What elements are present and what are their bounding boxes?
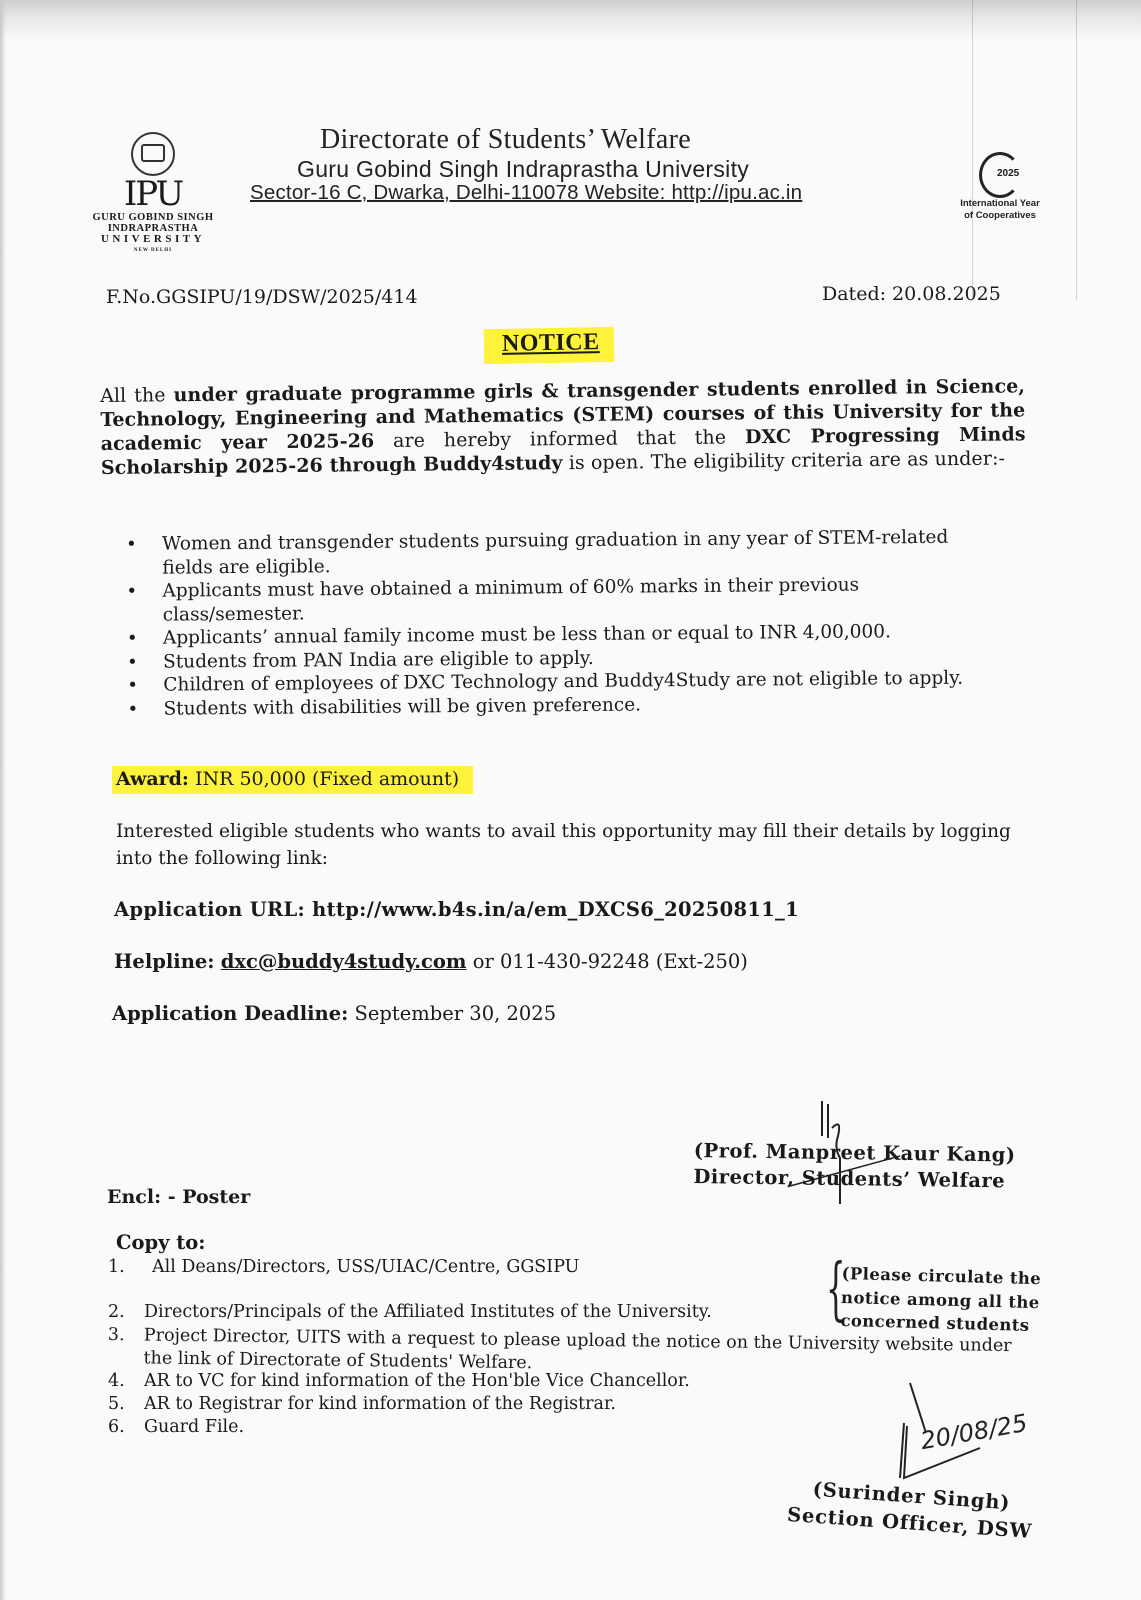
helpline-label: Helpline: [114,950,214,973]
intro-text: are hereby informed that the [374,426,745,452]
item-number: 6. [108,1416,125,1439]
interested-paragraph: Interested eligible students who wants t… [116,818,1026,872]
deadline-label: Application Deadline: [112,1002,348,1025]
criteria-item: Women and transgender students pursuing … [122,525,982,580]
item-text: Guard File. [144,1417,244,1437]
scan-shadow-left [0,0,6,1600]
intro-paragraph: All the under graduate programme girls &… [100,374,1026,480]
item-text: AR to Registrar for kind information of … [144,1394,616,1414]
intro-text: All the [100,384,174,407]
award-label: Award: [116,768,189,790]
item-number: 2. [108,1301,125,1324]
scan-fold-line [1076,0,1077,300]
item-number: 1. [108,1256,125,1279]
signatory-block: (Prof. Manpreet Kaur Kang) Director, Stu… [693,1138,1016,1194]
item-text: All Deans/Directors, USS/UIAC/Centre, GG… [152,1257,579,1277]
intro-text: is open. The eligibility criteria are as… [563,448,1006,475]
award-line: Award: INR 50,000 (Fixed amount) [116,768,459,790]
award-highlight: Award: INR 50,000 (Fixed amount) [112,766,473,794]
logo-mark: IPU [88,176,218,212]
file-number: F.No.GGSIPU/19/DSW/2025/414 [106,286,418,308]
application-url-link[interactable]: http://www.b4s.in/a/em_DXCS6_20250811_1 [305,898,799,921]
helpline-line: Helpline: dxc@buddy4study.com or 011-430… [114,950,748,973]
application-url-label: Application URL: [114,898,305,921]
notice-title-highlight: NOTICE [484,327,614,364]
ipu-emblem-icon [131,132,175,176]
item-text: AR to VC for kind information of the Hon… [144,1371,690,1391]
circulate-note: (Please circulate the notice among all t… [840,1262,1041,1338]
cooperatives-2025-emblem-icon: 2025 [975,150,1025,198]
item-text: Directors/Principals of the Affiliated I… [144,1302,712,1322]
copy-to-heading: Copy to: [116,1231,206,1254]
deadline-line: Application Deadline: September 30, 2025 [112,1002,556,1025]
logo-line-4: NEW DELHI [88,245,218,256]
university-name: Guru Gobind Singh Indraprastha Universit… [297,156,749,183]
item-number: 5. [108,1393,125,1416]
award-value: INR 50,000 (Fixed amount) [189,768,459,790]
signatory-designation: Director, Students’ Welfare [693,1164,1015,1194]
notice-title: NOTICE [502,329,600,357]
helpline-email-link[interactable]: dxc@buddy4study.com [221,950,467,973]
logo-line-3: UNIVERSITY [88,234,218,245]
notice-date: Dated: 20.08.2025 [822,283,1001,305]
eligibility-criteria-list: Women and transgender students pursuing … [122,525,984,720]
university-logo: IPU GURU GOBIND SINGH INDRAPRASTHA UNIVE… [88,132,218,256]
directorate-title: Directorate of Students’ Welfare [320,124,691,156]
helpline-phone: or 011-430-92248 (Ext-250) [467,950,748,973]
item-number: 3. [108,1324,125,1347]
scan-shadow-top [0,0,1141,40]
cooperatives-logo: 2025 International Year of Cooperatives [945,150,1055,222]
criteria-item: Applicants must have obtained a minimum … [122,572,982,627]
cooperatives-line-1: International Year [945,198,1055,210]
logo-line-1: GURU GOBIND SINGH [88,212,218,223]
deadline-value: September 30, 2025 [348,1002,556,1025]
application-url-line: Application URL: http://www.b4s.in/a/em_… [114,898,799,921]
university-address: Sector-16 C, Dwarka, Delhi-110078 Websit… [250,181,802,205]
emblem-year: 2025 [997,168,1019,179]
enclosure: Encl: - Poster [107,1186,250,1208]
item-number: 4. [108,1370,125,1393]
cooperatives-line-2: of Cooperatives [945,210,1055,222]
